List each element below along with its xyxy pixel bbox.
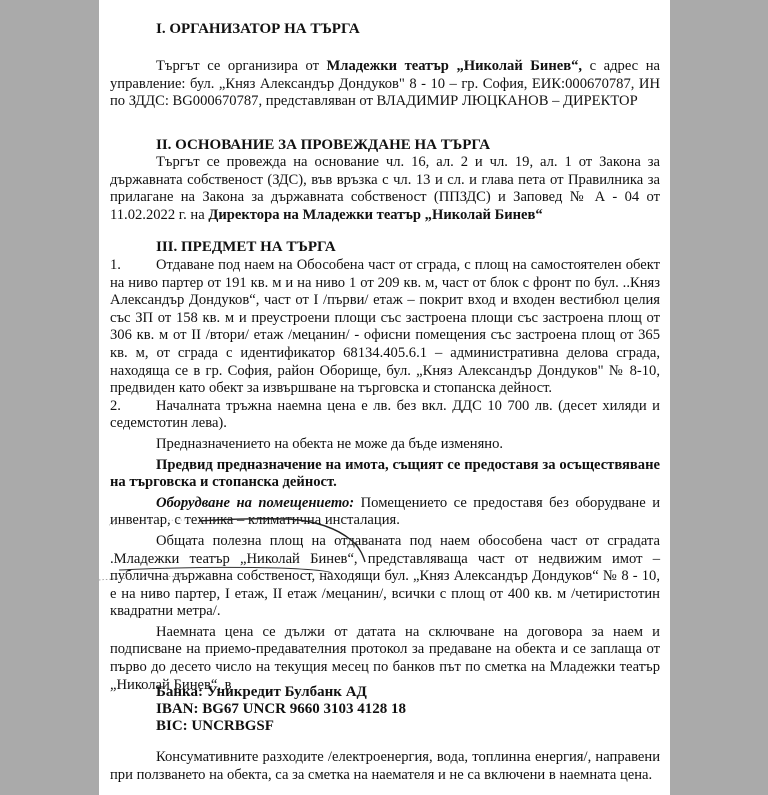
area-paragraph: Общата полезна площ на отдаваната под на…	[110, 533, 660, 621]
organizer-paragraph: Търгът се организира от Младежки театър …	[110, 58, 660, 111]
bank-name: Банка: Уникредит Булбанк АД	[156, 684, 367, 702]
bank-bic: BIC: UNCRBGSF	[156, 718, 274, 736]
section-1-body: Търгът се организира от Младежки театър …	[110, 58, 660, 111]
bank-iban: IBAN: BG67 UNCR 9660 3103 4128 18	[156, 701, 406, 719]
equipment-paragraph: Оборудване на помещението: Помещението с…	[110, 495, 660, 530]
purpose-note: Предназначението на обекта не може да бъ…	[110, 436, 660, 454]
utilities-paragraph: Консумативните разходите /електроенергия…	[110, 749, 660, 784]
section-2-heading: II. ОСНОВАНИЕ ЗА ПРОВЕЖДАНЕ НА ТЪРГА	[156, 137, 490, 155]
purpose-statement: Предвид предназначение на имота, същият …	[110, 457, 660, 492]
section-3-heading: III. ПРЕДМЕТ НА ТЪРГА	[156, 239, 336, 257]
section-3-body: 1.Отдаване под наем на Обособена част от…	[110, 257, 660, 694]
basis-paragraph: Търгът се провежда на основание чл. 16, …	[110, 154, 660, 224]
item-1: 1.Отдаване под наем на Обособена част от…	[110, 257, 660, 398]
section-2-body: Търгът се провежда на основание чл. 16, …	[110, 154, 660, 224]
item-2: 2.Началната тръжна наемна цена е лв. без…	[110, 398, 660, 433]
utilities-section: Консумативните разходите /електроенергия…	[110, 749, 660, 784]
section-1-heading: I. ОРГАНИЗАТОР НА ТЪРГА	[156, 21, 360, 39]
equipment-label: Оборудване на помещението:	[156, 495, 354, 511]
director-reference: Директора на Младежки театър „Николай Би…	[208, 207, 542, 223]
document-page: I. ОРГАНИЗАТОР НА ТЪРГА Търгът се органи…	[99, 0, 670, 795]
organizer-name: Младежки театър „Николай Бинев“,	[327, 58, 583, 74]
